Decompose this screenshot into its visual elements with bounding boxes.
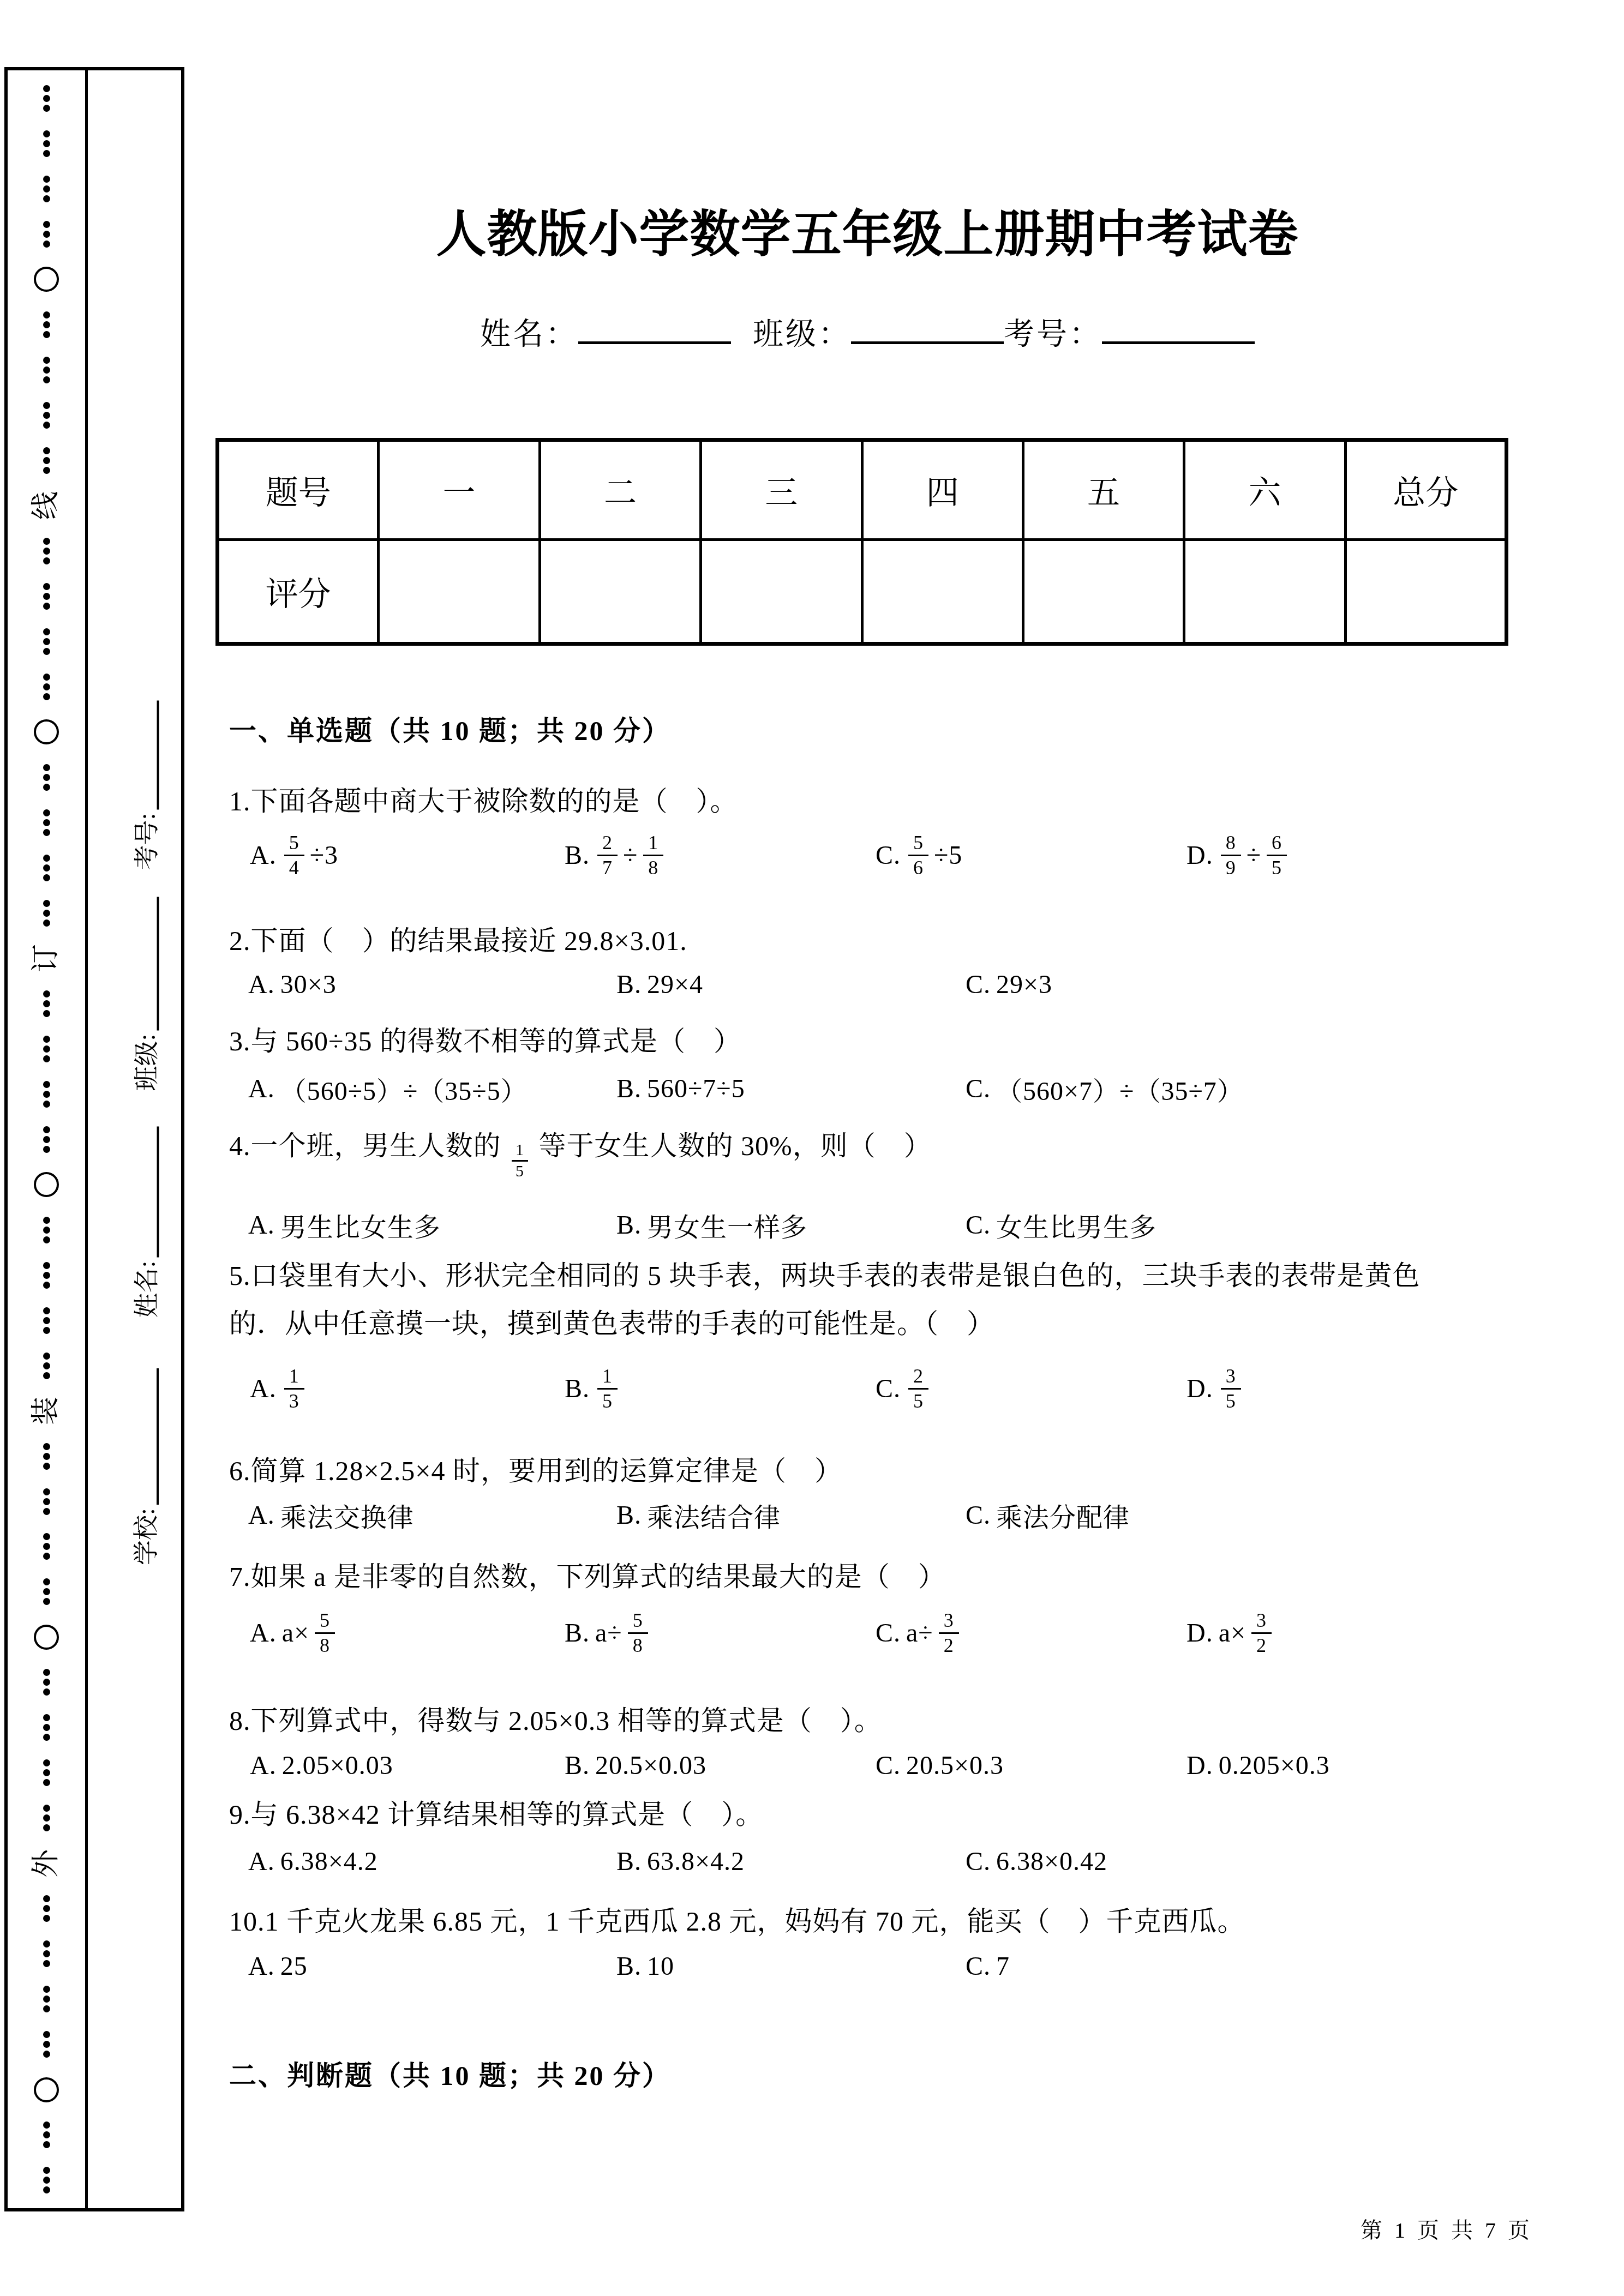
- question-stem: 4.一个班，男生人数的 15 等于女生人数的 30%，则（ ）: [229, 1122, 1582, 1181]
- binding-dotted-line: 线订装外: [8, 70, 88, 2208]
- binding-slot: [43, 1253, 50, 1298]
- dot-triplet: [43, 1034, 50, 1063]
- option-value: （560÷5）÷（35÷5）: [280, 1070, 528, 1108]
- option-label: C.: [966, 1847, 991, 1877]
- fraction-numerator: 6: [1267, 831, 1287, 856]
- option-item: B.15: [565, 1365, 876, 1413]
- option-label: B.: [616, 970, 642, 1000]
- option-item: C.25: [876, 1365, 1186, 1413]
- dot: [43, 1307, 50, 1314]
- question-stem: 1.下面各题中商大于被除数的的是（ ）。: [229, 778, 1582, 826]
- fraction-numerator: 1: [284, 1365, 304, 1390]
- page-title: 人教版小学数学五年级上册期中考试卷: [229, 194, 1506, 266]
- dot-triplet: [43, 1668, 50, 1697]
- dot: [43, 2167, 50, 2174]
- binding-circle-mark: [34, 267, 59, 292]
- dot-triplet: [43, 1894, 50, 1924]
- option-label: C.: [876, 1618, 901, 1648]
- binding-slot: [43, 212, 50, 257]
- dot: [43, 1533, 50, 1540]
- binding-slot: [43, 981, 50, 1026]
- text-run: 3.与 560÷35 的得数不相等的算式是（ ）: [229, 1026, 741, 1056]
- dot: [43, 764, 50, 771]
- score-table-header-cell: 总分: [1345, 440, 1506, 540]
- option-row: A.a×58B.a÷58C.a÷32D.a×32: [229, 1609, 1614, 1657]
- text-run: 4.一个班，男生人数的: [229, 1131, 508, 1161]
- dot: [43, 130, 50, 137]
- dot: [43, 1508, 50, 1515]
- option-value: 7: [996, 1951, 1010, 1981]
- binding-slot: [43, 845, 50, 891]
- fraction: 15: [511, 1140, 529, 1181]
- dot-triplet: [43, 898, 50, 928]
- header-name-label: 姓名：: [480, 317, 578, 351]
- exam-number-label: 考号:: [134, 813, 159, 870]
- text-run: a÷: [595, 1618, 622, 1648]
- dot-triplet: [43, 762, 50, 792]
- dot-triplet: [43, 2166, 50, 2195]
- option-item: A.13: [250, 1365, 565, 1413]
- score-table-header-cell: 三: [701, 440, 862, 540]
- dot: [43, 1688, 50, 1696]
- dot: [43, 693, 50, 700]
- header-examno-label: 考号：: [1004, 317, 1102, 351]
- dot: [43, 2131, 50, 2138]
- binding-slot: [43, 1117, 50, 1162]
- binding-char: 订: [32, 944, 61, 972]
- dot-triplet: [43, 1758, 50, 1788]
- dot: [43, 1146, 50, 1153]
- dot-triplet: [43, 808, 50, 837]
- option-label: B.: [616, 1500, 642, 1530]
- score-table-score-row: 评分: [218, 540, 1507, 644]
- fraction-denominator: 2: [1251, 1634, 1272, 1657]
- binding-slot: [43, 1886, 50, 1931]
- binding-slot: 线: [32, 483, 61, 528]
- option-item: B.a÷58: [565, 1609, 876, 1657]
- dot: [43, 784, 50, 791]
- fraction-numerator: 5: [284, 831, 304, 856]
- option-label: A.: [248, 1951, 275, 1981]
- score-table-header-cell: 二: [540, 440, 700, 540]
- dot-triplet: [43, 536, 50, 566]
- binding-slot: [43, 2022, 50, 2067]
- option-item: A.a×58: [250, 1609, 565, 1657]
- binding-slot: [43, 619, 50, 664]
- option-item: C.（560×7）÷（35÷7）: [966, 1070, 1612, 1108]
- option-label: A.: [248, 1074, 275, 1104]
- dot: [43, 1996, 50, 2003]
- option-label: C.: [876, 1751, 901, 1781]
- option-item: C.56÷5: [876, 831, 1186, 880]
- option-row: A.乘法交换律B.乘法结合律C.乘法分配律: [229, 1496, 1612, 1534]
- option-label: B.: [616, 1074, 642, 1104]
- dot-triplet: [43, 400, 50, 430]
- binding-slot: [43, 302, 50, 347]
- dot-triplet: [43, 2120, 50, 2150]
- option-value: a×58: [282, 1609, 337, 1657]
- dot: [43, 855, 50, 862]
- binding-slot: [43, 2112, 50, 2157]
- binding-slot: 装: [32, 1389, 61, 1434]
- dot-triplet: [43, 1985, 50, 2014]
- dot: [43, 648, 50, 655]
- score-cell-empty: [862, 540, 1023, 644]
- question-stem: 9.与 6.38×42 计算结果相等的算式是（ ）。: [229, 1791, 1582, 1839]
- dot: [43, 376, 50, 383]
- dot: [43, 900, 50, 907]
- text-run: ÷: [623, 840, 638, 870]
- fraction: 13: [284, 1365, 304, 1413]
- binding-slot: [43, 393, 50, 438]
- dot: [43, 1986, 50, 1993]
- option-value: 乘法交换律: [280, 1496, 414, 1534]
- binding-slot: [34, 257, 59, 302]
- fraction-denominator: 8: [315, 1634, 335, 1657]
- text-run: a×: [1219, 1618, 1246, 1648]
- option-item: C.20.5×0.3: [876, 1751, 1186, 1781]
- binding-char: 装: [32, 1397, 61, 1425]
- binding-slot: [43, 1026, 50, 1072]
- question-stem: 10.1 千克火龙果 6.85 元，1 千克西瓜 2.8 元，妈妈有 70 元，…: [229, 1898, 1582, 1946]
- dot-triplet: [43, 1487, 50, 1516]
- school-field: 学校:: [131, 1358, 159, 1565]
- binding-slot: [34, 2067, 59, 2112]
- dot: [43, 1578, 50, 1585]
- exam-page: 线订装外 考号: 班级: 姓名: 学校: 人教版小学数学五年级上册期中考试卷 姓…: [0, 0, 1624, 2296]
- dot-triplet: [43, 1125, 50, 1154]
- dot: [43, 95, 50, 102]
- score-cell-empty: [379, 540, 540, 644]
- dot: [43, 1000, 50, 1007]
- school-blank: [133, 1368, 159, 1505]
- dot: [43, 864, 50, 871]
- binding-slot: [43, 1705, 50, 1750]
- option-item: B.560÷7÷5: [616, 1074, 966, 1104]
- binding-slot: [43, 438, 50, 483]
- dot: [43, 1453, 50, 1460]
- dot: [43, 1950, 50, 1957]
- option-label: B.: [565, 1618, 590, 1648]
- option-row: A.54÷3B.27÷18C.56÷5D.89÷65: [229, 831, 1614, 880]
- binding-slot: [43, 1750, 50, 1795]
- dot: [43, 2186, 50, 2193]
- dot: [43, 1217, 50, 1224]
- fraction: 32: [939, 1609, 959, 1657]
- fraction-denominator: 5: [511, 1162, 529, 1181]
- dot: [43, 548, 50, 555]
- text-run: 63.8×4.2: [647, 1847, 745, 1877]
- binding-slot: [34, 710, 59, 755]
- score-cell-empty: [540, 540, 700, 644]
- binding-circle-mark: [34, 2077, 59, 2102]
- dot: [43, 1498, 50, 1505]
- dot: [43, 447, 50, 454]
- exam-number-field: 考号:: [132, 693, 159, 870]
- option-value: 27÷18: [595, 831, 666, 880]
- option-item: D.89÷65: [1186, 831, 1614, 880]
- dot: [43, 311, 50, 318]
- dot: [43, 195, 50, 202]
- option-value: 6.38×4.2: [280, 1847, 378, 1877]
- option-row: A.30×3B.29×4C.29×3: [229, 970, 1612, 1000]
- text-run: 2.05×0.03: [282, 1751, 393, 1781]
- score-table: 题号一二三四五六总分评分: [215, 438, 1508, 646]
- header-class-label: 班级：: [753, 317, 851, 351]
- text-run: a÷: [906, 1618, 933, 1648]
- option-value: a×32: [1219, 1609, 1274, 1657]
- text-run: 0.205×0.3: [1219, 1751, 1330, 1781]
- binding-slot: [43, 1298, 50, 1343]
- option-label: A.: [248, 1210, 275, 1240]
- dot-triplet: [43, 1441, 50, 1471]
- dot: [43, 1010, 50, 1017]
- option-value: 乘法结合律: [647, 1496, 781, 1534]
- option-item: C.6.38×0.42: [966, 1847, 1612, 1877]
- binding-slot: [43, 1976, 50, 2022]
- option-label: D.: [1186, 1751, 1213, 1781]
- fraction-numerator: 3: [1251, 1609, 1272, 1634]
- option-value: 56÷5: [906, 831, 962, 880]
- option-item: A.25: [248, 1951, 616, 1981]
- dot: [43, 2005, 50, 2012]
- dot: [43, 1805, 50, 1812]
- text-run: 10.1 千克火龙果 6.85 元，1 千克西瓜 2.8 元，妈妈有 70 元，…: [229, 1906, 1245, 1937]
- dot: [43, 105, 50, 112]
- fraction-denominator: 5: [908, 1390, 928, 1413]
- text-run: ÷3: [310, 840, 338, 870]
- text-run: 25: [280, 1951, 308, 1981]
- binding-slot: [43, 574, 50, 619]
- dot: [43, 1588, 50, 1595]
- fraction: 58: [315, 1609, 335, 1657]
- option-row: A.6.38×4.2B.63.8×4.2C.6.38×0.42: [229, 1847, 1612, 1877]
- option-value: 25: [906, 1365, 931, 1413]
- option-item: D.35: [1186, 1365, 1614, 1413]
- option-item: D.a×32: [1186, 1609, 1614, 1657]
- text-run: 560÷7÷5: [647, 1074, 745, 1104]
- dot: [43, 357, 50, 364]
- dot: [43, 467, 50, 474]
- fraction-numerator: 8: [1221, 831, 1241, 856]
- text-run: 7.如果 a 是非零的自然数，下列算式的结果最大的是（ ）: [229, 1561, 946, 1592]
- binding-slot: [43, 1343, 50, 1389]
- fraction-denominator: 3: [284, 1390, 304, 1413]
- dot: [43, 1895, 50, 1902]
- option-label: A.: [248, 1500, 275, 1530]
- binding-slot: [43, 755, 50, 800]
- dot-triplet: [43, 446, 50, 475]
- fraction: 89: [1221, 831, 1241, 880]
- dot: [43, 221, 50, 228]
- text-run: ÷5: [934, 840, 962, 870]
- binding-slot: [43, 891, 50, 936]
- binding-slot: [43, 1434, 50, 1479]
- dot: [43, 231, 50, 238]
- fraction: 25: [908, 1365, 928, 1413]
- score-cell-empty: [1023, 540, 1184, 644]
- dot-triplet: [43, 1306, 50, 1335]
- binding-slot: [43, 1524, 50, 1570]
- option-value: 560÷7÷5: [647, 1074, 745, 1104]
- option-item: C.女生比男生多: [966, 1206, 1612, 1244]
- option-item: B.29×4: [616, 970, 966, 1000]
- option-label: B.: [616, 1210, 642, 1240]
- option-label: C.: [876, 840, 901, 870]
- binding-slot: [43, 347, 50, 393]
- dot: [43, 1353, 50, 1360]
- binding-slot: [43, 1795, 50, 1841]
- text-run: 1.下面各题中商大于被除数的的是（ ）。: [229, 786, 738, 816]
- fraction: 54: [284, 831, 304, 880]
- dot: [43, 1272, 50, 1279]
- dot: [43, 1372, 50, 1379]
- dot: [43, 176, 50, 183]
- dot: [43, 603, 50, 610]
- dot-triplet: [43, 2030, 50, 2059]
- fraction-numerator: 1: [597, 1365, 618, 1390]
- binding-slot: [43, 1072, 50, 1117]
- fraction-numerator: 5: [628, 1609, 648, 1634]
- dot: [43, 1081, 50, 1088]
- dot: [43, 1669, 50, 1676]
- dot: [43, 829, 50, 836]
- fraction-denominator: 7: [597, 856, 618, 880]
- option-row: A.（560÷5）÷（35÷5）B.560÷7÷5C.（560×7）÷（35÷7…: [229, 1070, 1612, 1108]
- option-value: 29×3: [996, 970, 1052, 1000]
- text-run: 的．从中任意摸一块，摸到黄色表带的手表的可能性是。（ ）: [229, 1308, 994, 1339]
- dot-triplet: [43, 174, 50, 203]
- text-run: 2.下面（ ）的结果最接近 29.8×3.01.: [229, 925, 687, 956]
- dot-triplet: [43, 581, 50, 611]
- option-label: C.: [966, 970, 991, 1000]
- name-label: 姓名:: [134, 1261, 159, 1318]
- dot: [43, 185, 50, 193]
- question-stem: 5.口袋里有大小、形状完全相同的 5 块手表，两块手表的表带是银白色的，三块手表…: [229, 1252, 1582, 1348]
- option-item: C.乘法分配律: [966, 1496, 1612, 1534]
- exam-number-blank: [133, 701, 159, 810]
- dot-triplet: [43, 1577, 50, 1607]
- option-label: B.: [616, 1847, 642, 1877]
- score-cell-empty: [1184, 540, 1345, 644]
- dot: [43, 1091, 50, 1098]
- dot-triplet: [43, 853, 50, 882]
- text-run: 8.下列算式中，得数与 2.05×0.3 相等的算式是（ ）。: [229, 1705, 882, 1736]
- option-item: B.10: [616, 1951, 966, 1981]
- option-row: A.男生比女生多B.男女生一样多C.女生比男生多: [229, 1206, 1612, 1244]
- binding-slot: [43, 76, 50, 121]
- text-run: 乘法分配律: [996, 1496, 1130, 1534]
- text-run: （560÷5）÷（35÷5）: [280, 1070, 528, 1108]
- option-label: C.: [966, 1210, 991, 1240]
- binding-slot: [43, 1479, 50, 1524]
- header-name-blank: [578, 320, 731, 344]
- dot: [43, 557, 50, 564]
- question-stem: 3.与 560÷35 的得数不相等的算式是（ ）: [229, 1018, 1582, 1066]
- option-item: B.63.8×4.2: [616, 1847, 966, 1877]
- fraction-numerator: 1: [512, 1140, 528, 1162]
- dot: [43, 1262, 50, 1269]
- score-table-header-cell: 五: [1023, 440, 1184, 540]
- option-value: a÷32: [906, 1609, 961, 1657]
- option-item: A.6.38×4.2: [248, 1847, 616, 1877]
- fraction: 15: [597, 1365, 618, 1413]
- text-run: 6.38×4.2: [280, 1847, 378, 1877]
- name-blank: [133, 1127, 159, 1258]
- dot-triplet: [43, 355, 50, 384]
- dot: [43, 1126, 50, 1133]
- option-value: 男生比女生多: [280, 1206, 441, 1244]
- option-value: 6.38×0.42: [996, 1847, 1107, 1877]
- fraction-denominator: 5: [597, 1390, 618, 1413]
- dot: [43, 1327, 50, 1334]
- option-value: 35: [1219, 1365, 1243, 1413]
- text-run: 男生比女生多: [280, 1206, 441, 1244]
- dot: [43, 457, 50, 464]
- fraction-denominator: 2: [939, 1634, 959, 1657]
- dot: [43, 1443, 50, 1450]
- text-run: 男女生一样多: [647, 1206, 807, 1244]
- section-heading-choice: 一、单选题（共 10 题；共 20 分）: [229, 709, 1582, 748]
- option-value: 0.205×0.3: [1219, 1751, 1330, 1781]
- option-label: C.: [966, 1500, 991, 1530]
- text-run: 6.简算 1.28×2.5×4 时，要用到的运算定律是（ ）: [229, 1456, 842, 1486]
- option-label: B.: [565, 840, 590, 870]
- option-value: 25: [280, 1951, 308, 1981]
- dot: [43, 809, 50, 816]
- option-label: A.: [250, 1618, 277, 1648]
- fraction-numerator: 5: [908, 831, 928, 856]
- dot: [43, 1055, 50, 1062]
- dot: [43, 1488, 50, 1495]
- dot: [43, 2041, 50, 2048]
- text-run: 20.5×0.03: [595, 1751, 706, 1781]
- text-run: 6.38×0.42: [996, 1847, 1107, 1877]
- dot: [43, 538, 50, 545]
- option-value: 63.8×4.2: [647, 1847, 745, 1877]
- dot: [43, 1317, 50, 1324]
- option-value: 30×3: [280, 970, 337, 1000]
- option-value: 89÷65: [1219, 831, 1289, 880]
- class-label: 班级:: [134, 1034, 159, 1091]
- dot: [43, 331, 50, 338]
- fraction-numerator: 3: [1221, 1365, 1241, 1390]
- binding-slot: [43, 1931, 50, 1976]
- class-blank: [133, 897, 159, 1031]
- dot: [43, 1236, 50, 1243]
- binding-slot: [43, 2157, 50, 2203]
- fraction: 32: [1251, 1609, 1272, 1657]
- binding-slot: [43, 1660, 50, 1705]
- question-stem: 6.简算 1.28×2.5×4 时，要用到的运算定律是（ ）: [229, 1447, 1582, 1495]
- score-cell-empty: [1345, 540, 1506, 644]
- dot: [43, 638, 50, 645]
- option-item: B.乘法结合律: [616, 1496, 966, 1534]
- question-stem: 7.如果 a 是非零的自然数，下列算式的结果最大的是（ ）: [229, 1553, 1582, 1601]
- dot: [43, 1362, 50, 1369]
- dot: [43, 402, 50, 409]
- dot: [43, 910, 50, 917]
- option-label: C.: [876, 1374, 901, 1404]
- dot: [43, 1036, 50, 1043]
- fraction-numerator: 3: [939, 1609, 959, 1634]
- option-item: C.7: [966, 1951, 1612, 1981]
- dot-triplet: [43, 1713, 50, 1742]
- option-label: A.: [250, 1751, 277, 1781]
- dot-triplet: [43, 310, 50, 339]
- fraction: 58: [628, 1609, 648, 1657]
- dot: [43, 1045, 50, 1053]
